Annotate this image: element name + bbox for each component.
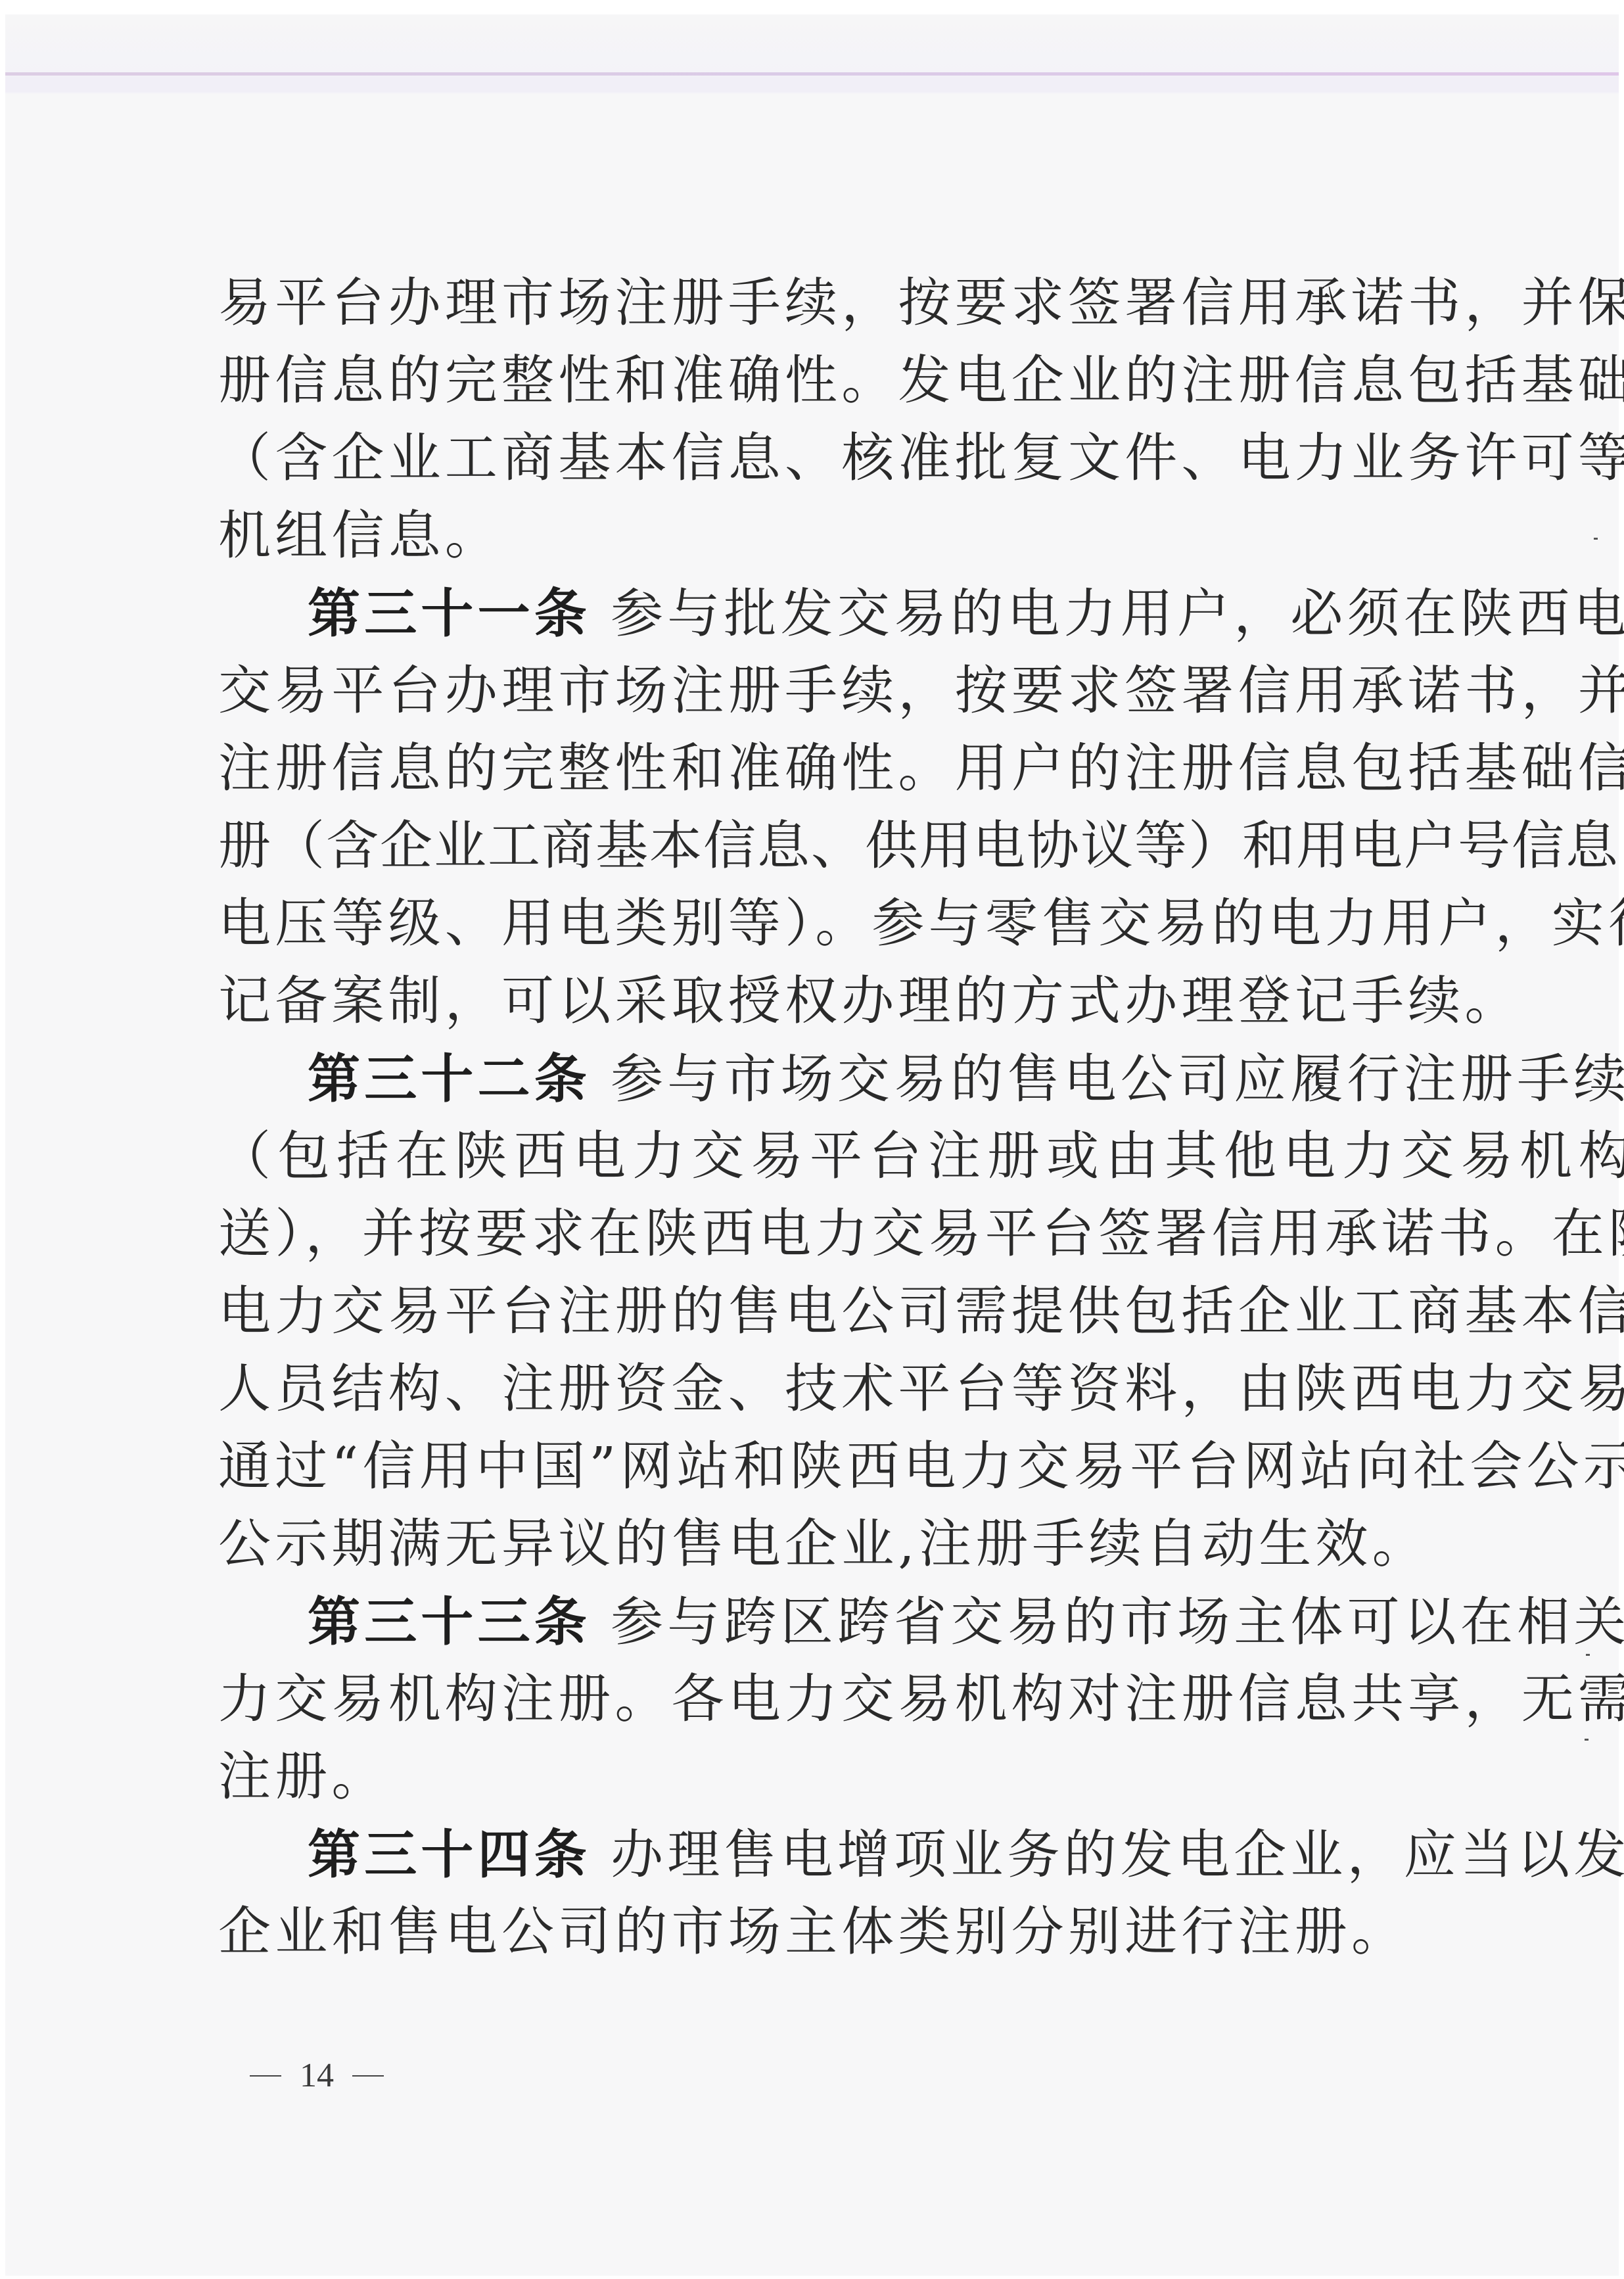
line-text: 册（含企业工商基本信息、供用电协议等）和用电户号信息（含 (218, 815, 1624, 876)
article-heading: 第三十二条 (308, 1048, 591, 1110)
line-text: 交易平台办理市场注册手续，按要求签署信用承诺书，并保证 (218, 660, 1624, 721)
page-number: 14 (250, 2056, 384, 2095)
line-text: 电力交易平台注册的售电公司需提供包括企业工商基本信息、 (218, 1280, 1624, 1342)
text-line: 记备案制，可以采取授权办理的方式办理登记手续。 (218, 962, 1408, 1040)
text-line: 通过“信用中国”网站和陕西电力交易平台网站向社会公示， (218, 1428, 1408, 1505)
line-text: 公示期满无异议的售电企业,注册手续自动生效。 (218, 1513, 1429, 1574)
scan-margin-mark (1586, 1654, 1590, 1656)
text-line: 机组信息。 (218, 497, 1408, 575)
article-31-first-line: 第三十一条参与批发交易的电力用户，必须在陕西电力 (218, 575, 1408, 652)
line-text: 参与跨区跨省交易的市场主体可以在相关电 (611, 1591, 1624, 1653)
text-line: （含企业工商基本信息、核准批复文件、电力业务许可等）和 (218, 419, 1408, 497)
text-line: 注册。 (218, 1738, 1408, 1816)
line-text: 送），并按要求在陕西电力交易平台签署信用承诺书。在陕西 (218, 1203, 1624, 1264)
line-text: 注册信息的完整性和准确性。用户的注册信息包括基础信息注 (218, 738, 1624, 799)
line-text: 注册。 (218, 1746, 388, 1807)
line-text: 机组信息。 (218, 505, 501, 566)
scan-margin-mark (1585, 1739, 1589, 1741)
article-heading: 第三十四条 (308, 1823, 591, 1885)
article-34-first-line: 第三十四条办理售电增项业务的发电企业，应当以发电 (218, 1816, 1408, 1893)
text-line: （包括在陕西电力交易平台注册或由其他电力交易机构推 (218, 1117, 1408, 1195)
text-line: 人员结构、注册资金、技术平台等资料，由陕西电力交易中心 (218, 1350, 1408, 1428)
dash-right (352, 2075, 384, 2077)
article-33-first-line: 第三十三条参与跨区跨省交易的市场主体可以在相关电 (218, 1583, 1408, 1660)
line-text: 办理售电增项业务的发电企业，应当以发电 (611, 1824, 1624, 1885)
line-text: （含企业工商基本信息、核准批复文件、电力业务许可等）和 (218, 427, 1624, 488)
text-line: 企业和售电公司的市场主体类别分别进行注册。 (218, 1893, 1408, 1971)
text-line: 电压等级、用电类别等）。参与零售交易的电力用户，实行登 (218, 885, 1408, 962)
text-line: 送），并按要求在陕西电力交易平台签署信用承诺书。在陕西 (218, 1195, 1408, 1273)
text-line: 公示期满无异议的售电企业,注册手续自动生效。 (218, 1505, 1408, 1583)
text-line: 交易平台办理市场注册手续，按要求签署信用承诺书，并保证 (218, 652, 1408, 730)
line-text: 记备案制，可以采取授权办理的方式办理登记手续。 (218, 970, 1521, 1031)
document-body: 易平台办理市场注册手续，按要求签署信用承诺书，并保证注 册信息的完整性和准确性。… (218, 264, 1408, 1971)
article-heading: 第三十一条 (308, 582, 591, 644)
line-text: 易平台办理市场注册手续，按要求签署信用承诺书，并保证注 (218, 272, 1624, 333)
line-text: 力交易机构注册。各电力交易机构对注册信息共享，无需重复 (218, 1668, 1624, 1729)
line-text: （包括在陕西电力交易平台注册或由其他电力交易机构推 (218, 1125, 1624, 1186)
article-heading: 第三十三条 (308, 1591, 591, 1653)
scan-margin-mark (1594, 538, 1598, 540)
article-32-first-line: 第三十二条参与市场交易的售电公司应履行注册手续 (218, 1040, 1408, 1117)
text-line: 力交易机构注册。各电力交易机构对注册信息共享，无需重复 (218, 1660, 1408, 1738)
header-divider (5, 72, 1619, 76)
header-divider-shadow (5, 76, 1619, 92)
line-text: 企业和售电公司的市场主体类别分别进行注册。 (218, 1901, 1408, 1962)
dash-left (250, 2075, 281, 2077)
text-line: 册信息的完整性和准确性。发电企业的注册信息包括基础信息 (218, 342, 1408, 419)
text-line: 册（含企业工商基本信息、供用电协议等）和用电户号信息（含 (218, 807, 1408, 885)
text-line: 易平台办理市场注册手续，按要求签署信用承诺书，并保证注 (218, 264, 1408, 342)
page-number-value: 14 (300, 2056, 334, 2095)
line-text: 册信息的完整性和准确性。发电企业的注册信息包括基础信息 (218, 350, 1624, 411)
line-text: 人员结构、注册资金、技术平台等资料，由陕西电力交易中心 (218, 1358, 1624, 1419)
line-text: 通过“信用中国”网站和陕西电力交易平台网站向社会公示， (218, 1436, 1624, 1497)
text-line: 注册信息的完整性和准确性。用户的注册信息包括基础信息注 (218, 730, 1408, 807)
line-text: 参与市场交易的售电公司应履行注册手续 (611, 1048, 1624, 1110)
line-text: 参与批发交易的电力用户，必须在陕西电力 (611, 583, 1624, 644)
line-text: 电压等级、用电类别等）。参与零售交易的电力用户，实行登 (218, 893, 1624, 954)
text-line: 电力交易平台注册的售电公司需提供包括企业工商基本信息、 (218, 1273, 1408, 1350)
